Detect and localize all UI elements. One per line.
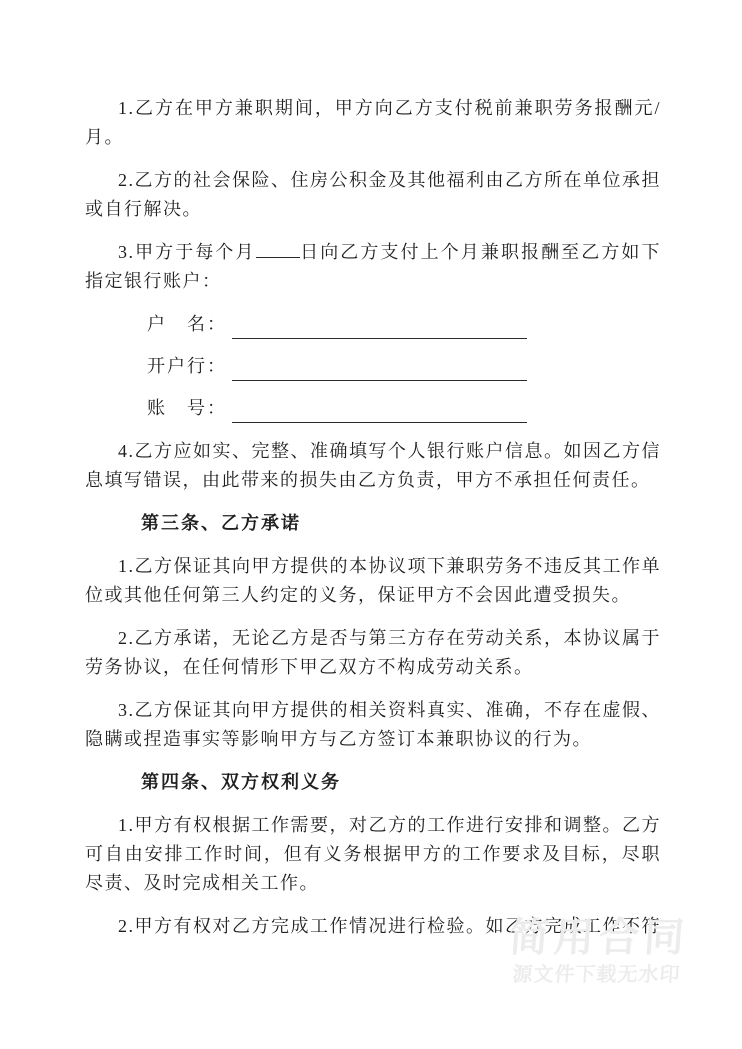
fill-in-blank-day <box>256 241 300 258</box>
article-heading-3: 第三条、乙方承诺 <box>85 509 661 538</box>
field-label-account-name: 户 名： <box>147 310 227 339</box>
field-label-account-number: 账 号： <box>147 394 227 423</box>
clause-insurance: 2.乙方的社会保险、住房公积金及其他福利由乙方所在单位承担或自行解决。 <box>85 166 661 224</box>
clause-payday-prefix: 3.甲方于每个月 <box>118 242 256 262</box>
clause-payday: 3.甲方于每个月日向乙方支付上个月兼职报酬至乙方如下指定银行账户： <box>85 238 661 296</box>
field-label-bank-branch: 开户行： <box>147 352 227 381</box>
article-heading-4: 第四条、双方权利义务 <box>85 768 661 797</box>
field-underline-bank-branch <box>232 356 527 381</box>
clause-promise-1: 1.乙方保证其向甲方提供的本协议项下兼职劳务不违反其工作单位或其他任何第三人约定… <box>85 552 661 610</box>
bank-account-fields: 户 名： 开户行： 账 号： <box>85 310 661 423</box>
form-field-row-account-number: 账 号： <box>147 394 661 423</box>
clause-promise-2: 2.乙方承诺，无论乙方是否与第三方存在劳动关系，本协议属于劳务协议，在任何情形下… <box>85 624 661 682</box>
form-field-row-account-name: 户 名： <box>147 310 661 339</box>
clause-rights-1: 1.甲方有权根据工作需要，对乙方的工作进行安排和调整。乙方可自由安排工作时间，但… <box>85 811 661 898</box>
document-page: 1.乙方在甲方兼职期间，甲方向乙方支付税前兼职劳务报酬元/月。 2.乙方的社会保… <box>85 94 661 955</box>
field-underline-account-number <box>232 398 527 423</box>
watermark-subtitle: 源文件下载无水印 <box>505 962 687 988</box>
clause-pay: 1.乙方在甲方兼职期间，甲方向乙方支付税前兼职劳务报酬元/月。 <box>85 94 661 152</box>
clause-promise-3: 3.乙方保证其向甲方提供的相关资料真实、准确，不存在虚假、隐瞒或捏造事实等影响甲… <box>85 696 661 754</box>
clause-account-info: 4.乙方应如实、完整、准确填写个人银行账户信息。如因乙方信息填写错误，由此带来的… <box>85 437 661 495</box>
field-underline-account-name <box>232 314 527 339</box>
clause-rights-2: 2.甲方有权对乙方完成工作情况进行检验。如乙方完成工作不符 <box>85 912 661 941</box>
form-field-row-bank-branch: 开户行： <box>147 352 661 381</box>
